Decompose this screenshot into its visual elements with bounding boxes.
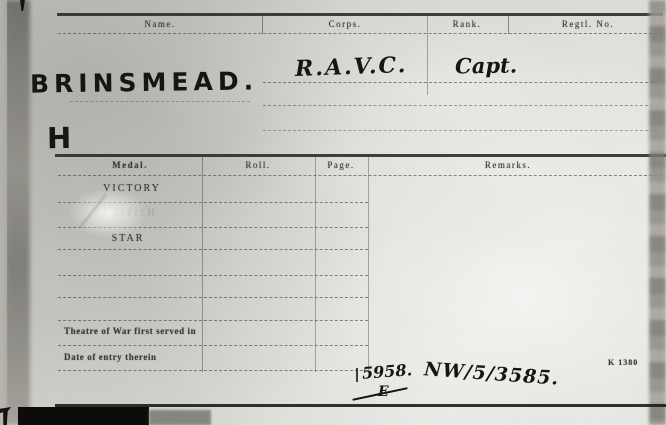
page-column-header: Page. bbox=[327, 160, 354, 170]
ruled-line-corps-2 bbox=[263, 105, 658, 106]
corps-handwritten: R.A.V.C. bbox=[295, 52, 408, 82]
medal-table-top-border bbox=[55, 154, 666, 157]
scan-edge-right bbox=[649, 0, 666, 425]
row-line-4 bbox=[58, 275, 368, 276]
medal-index-card: Name. Corps. Rank. Regtl. No. BRINSMEAD.… bbox=[0, 0, 666, 425]
rank-column-header: Rank. bbox=[453, 19, 482, 29]
remarks-column-header: Remarks. bbox=[485, 160, 531, 170]
divider-medal-roll bbox=[202, 157, 203, 372]
roll-column-header: Roll. bbox=[245, 160, 270, 170]
date-of-entry-label: Date of entry therein bbox=[64, 352, 157, 362]
theatre-of-war-label: Theatre of War first served in bbox=[64, 326, 196, 336]
divider-page-remarks bbox=[368, 157, 369, 372]
surname-handwritten: BRINSMEAD. bbox=[30, 66, 258, 98]
divider-name-corps bbox=[262, 14, 263, 34]
form-number: K 1380 bbox=[608, 358, 638, 367]
row-line-7 bbox=[58, 345, 368, 346]
ruled-line-name bbox=[70, 101, 250, 102]
scan-edge-left bbox=[0, 0, 7, 425]
row-line-3 bbox=[58, 249, 368, 250]
scan-shadow-left-band bbox=[5, 0, 30, 425]
medal-header-underline bbox=[58, 175, 662, 176]
stray-ink-tick bbox=[356, 368, 358, 382]
ruled-line-corps-3 bbox=[263, 130, 658, 131]
index-number-denominator: E bbox=[378, 384, 389, 400]
top-border-line bbox=[57, 13, 663, 16]
row-line-8 bbox=[58, 370, 368, 371]
index-number-numerator: 5958. bbox=[361, 360, 412, 382]
erasure-smudge bbox=[68, 188, 148, 238]
ruled-line-corps-1 bbox=[263, 82, 658, 83]
scan-black-bar bbox=[18, 407, 149, 425]
regtl-no-column-header: Regtl. No. bbox=[562, 19, 614, 29]
scan-gray-patch bbox=[149, 410, 211, 425]
corps-column-header: Corps. bbox=[329, 19, 362, 29]
initial-handwritten: H bbox=[47, 121, 77, 155]
row-line-5 bbox=[58, 297, 368, 298]
rank-handwritten: Capt. bbox=[455, 52, 517, 78]
divider-roll-page bbox=[315, 157, 316, 372]
medal-column-header: Medal. bbox=[112, 160, 148, 170]
divider-rank-regtl bbox=[508, 14, 509, 34]
name-column-header: Name. bbox=[144, 19, 175, 29]
roll-reference-handwritten: NW/5/3585. bbox=[423, 358, 560, 389]
top-header-underline bbox=[58, 33, 662, 34]
row-line-6 bbox=[58, 320, 368, 321]
